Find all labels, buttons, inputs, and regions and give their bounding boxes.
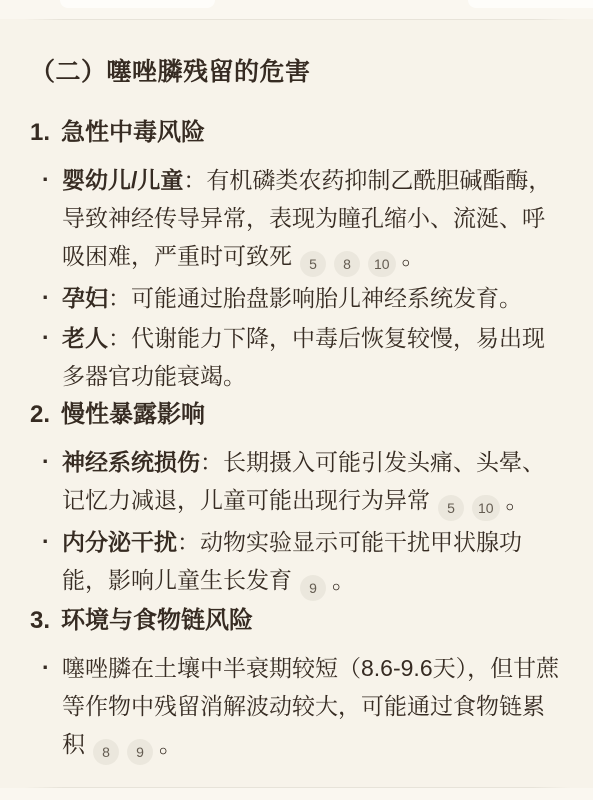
citation-badge[interactable]: 5 (300, 251, 326, 277)
document-body: （二）噻唑膦残留的危害 1.急性中毒风险 婴幼儿/儿童：有机磷类农药抑制乙酰胆碱… (30, 20, 567, 767)
section-heading-text: 急性中毒风险 (61, 118, 205, 148)
bullet-separator: ： (177, 529, 200, 555)
citation-badge[interactable]: 9 (300, 575, 326, 601)
page-title: （二）噻唑膦残留的危害 (30, 56, 567, 88)
top-edge-card-remnant-right (468, 0, 593, 8)
citation-badge[interactable]: 10 (472, 495, 500, 521)
section-heading: 2.慢性暴露影响 (30, 400, 567, 430)
citation-badge[interactable]: 8 (93, 739, 119, 765)
note-page: （二）噻唑膦残留的危害 1.急性中毒风险 婴幼儿/儿童：有机磷类农药抑制乙酰胆碱… (0, 0, 593, 800)
bullet-label: 神经系统损伤 (62, 449, 200, 475)
citation-badge[interactable]: 8 (334, 251, 360, 277)
list-item: 孕妇：可能通过胎盘影响胎儿神经系统发育。 (30, 279, 567, 317)
section-heading: 1.急性中毒风险 (30, 118, 567, 148)
list-item: 老人：代谢能力下降，中毒后恢复较慢，易出现多器官功能衰竭。 (30, 319, 567, 395)
bullet-suffix: 。 (159, 731, 182, 757)
top-edge-card-remnant-left (60, 0, 215, 8)
section-number: 2. (30, 400, 50, 430)
bullet-separator: ： (183, 167, 206, 193)
list-item: 婴幼儿/儿童：有机磷类农药抑制乙酰胆碱酯酶，导致神经传导异常，表现为瞳孔缩小、流… (30, 161, 567, 277)
section-heading-text: 慢性暴露影响 (61, 400, 205, 430)
bullet-suffix: 。 (402, 243, 425, 269)
section-number: 1. (30, 118, 50, 148)
section-heading-text: 环境与食物链风险 (61, 606, 253, 636)
section-acute-toxicity: 1.急性中毒风险 婴幼儿/儿童：有机磷类农药抑制乙酰胆碱酯酶，导致神经传导异常，… (30, 118, 567, 395)
bullet-separator: ： (108, 325, 131, 351)
section-chronic-exposure: 2.慢性暴露影响 神经系统损伤：长期摄入可能引发头痛、头晕、记忆力减退，儿童可能… (30, 400, 567, 601)
list-item: 神经系统损伤：长期摄入可能引发头痛、头晕、记忆力减退，儿童可能出现行为异常510… (30, 443, 567, 521)
list-item: 噻唑膦在土壤中半衰期较短（8.6-9.6天），但甘蔗等作物中残留消解波动较大，可… (30, 649, 567, 765)
section-heading: 3.环境与食物链风险 (30, 606, 567, 636)
citation-badge[interactable]: 5 (438, 495, 464, 521)
bullet-suffix: 。 (332, 567, 355, 593)
bullet-label: 内分泌干扰 (62, 529, 177, 555)
citation-badge[interactable]: 9 (127, 739, 153, 765)
bullet-text: 代谢能力下降，中毒后恢复较慢，易出现多器官功能衰竭。 (62, 325, 545, 389)
list-item: 内分泌干扰：动物实验显示可能干扰甲状腺功能，影响儿童生长发育9。 (30, 523, 567, 601)
bullet-suffix: 。 (506, 487, 529, 513)
bullet-separator: ： (108, 285, 131, 311)
section-environment-foodchain: 3.环境与食物链风险 噻唑膦在土壤中半衰期较短（8.6-9.6天），但甘蔗等作物… (30, 606, 567, 765)
section-number: 3. (30, 606, 50, 636)
bullet-label: 孕妇 (62, 285, 108, 311)
top-edge-strip (0, 0, 593, 19)
citation-badge[interactable]: 10 (368, 251, 396, 277)
bullet-text: 可能通过胎盘影响胎儿神经系统发育。 (131, 285, 522, 311)
bullet-separator: ： (200, 449, 223, 475)
bullet-label: 婴幼儿/儿童 (62, 167, 183, 193)
bottom-edge-strip (0, 788, 593, 800)
bullet-label: 老人 (62, 325, 108, 351)
